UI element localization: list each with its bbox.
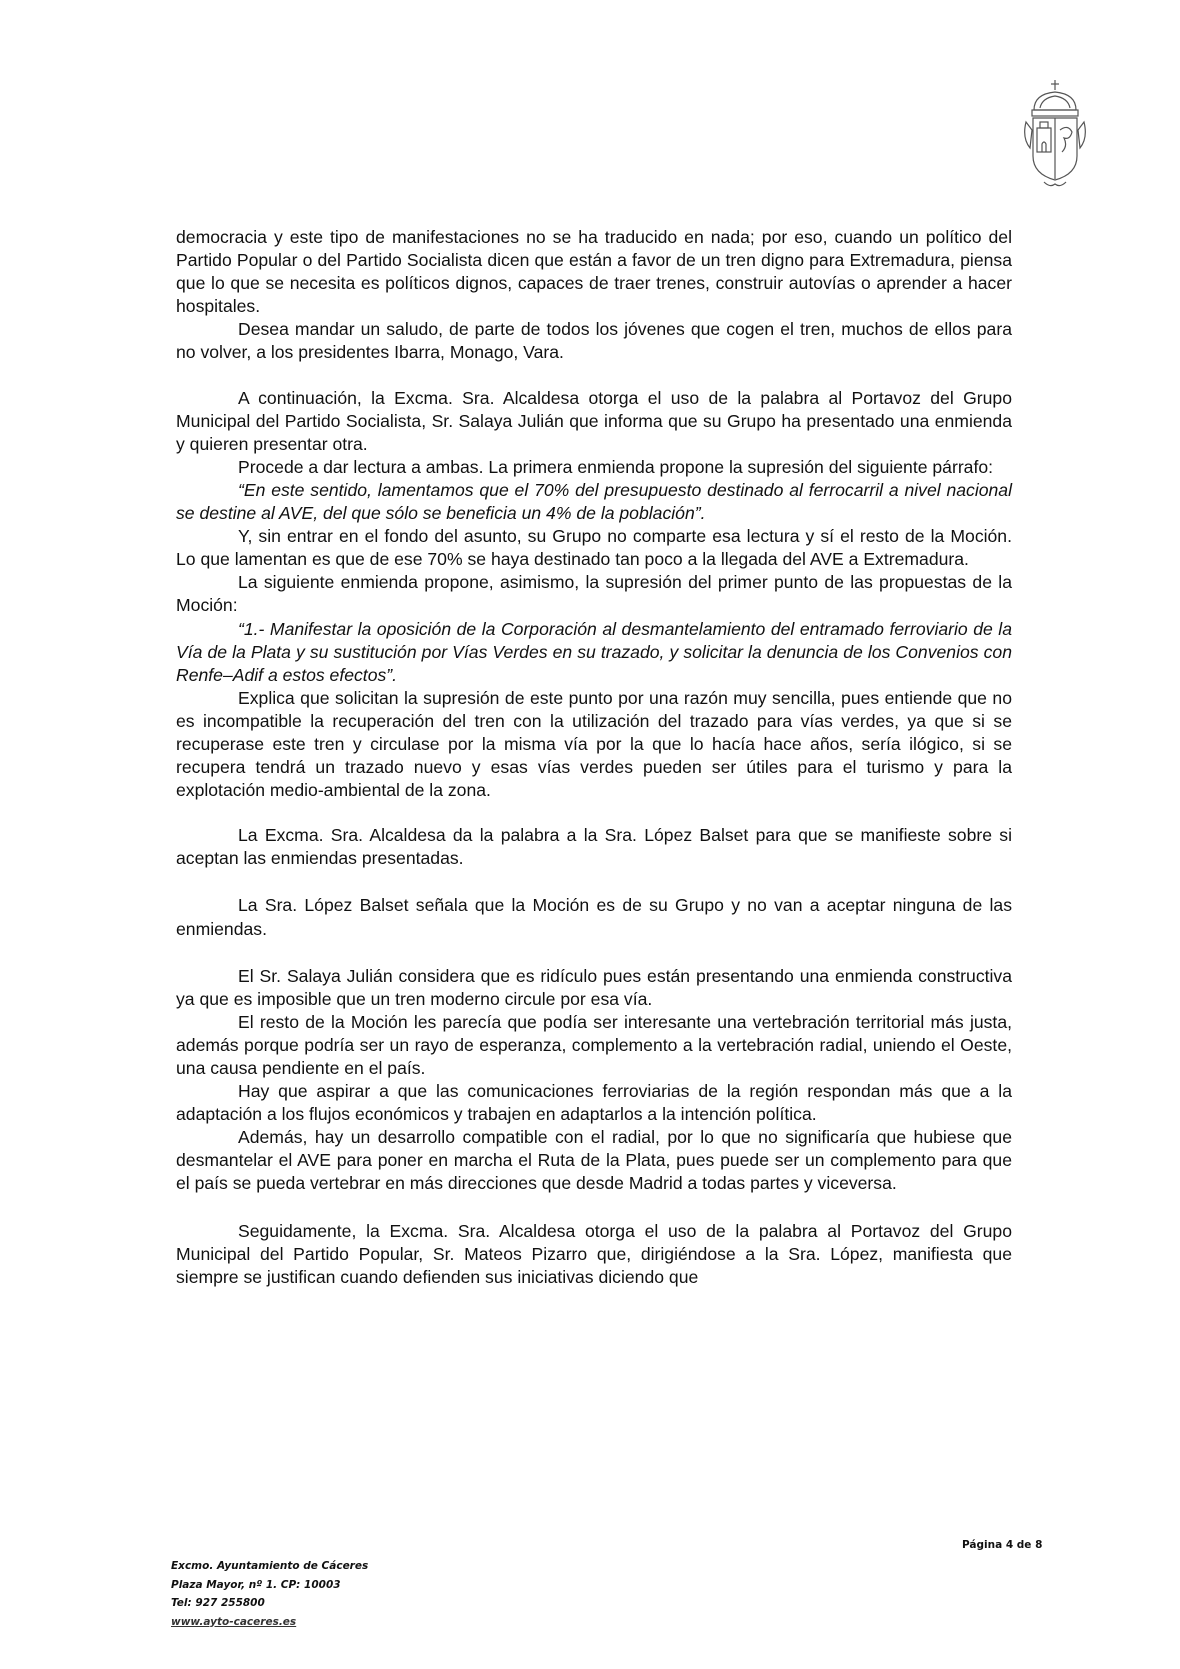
paragraph: democracia y este tipo de manifestacione… [176, 226, 1012, 318]
paragraph: Explica que solicitan la supresión de es… [176, 687, 1012, 802]
document-page: democracia y este tipo de manifestacione… [0, 0, 1180, 1669]
paragraph: A continuación, la Excma. Sra. Alcaldesa… [176, 387, 1012, 456]
footer-org: Excmo. Ayuntamiento de Cáceres [171, 1557, 368, 1576]
paragraph: La siguiente enmienda propone, asimismo,… [176, 571, 1012, 617]
footer-website-link[interactable]: www.ayto-caceres.es [171, 1616, 296, 1628]
paragraph: Hay que aspirar a que las comunicaciones… [176, 1080, 1012, 1126]
paragraph: La Sra. López Balset señala que la Moció… [176, 894, 1012, 940]
quoted-paragraph: “1.- Manifestar la oposición de la Corpo… [176, 618, 1012, 687]
footer-address: Plaza Mayor, nº 1. CP: 10003 [171, 1576, 368, 1595]
footer-address-block: Excmo. Ayuntamiento de Cáceres Plaza May… [171, 1557, 368, 1631]
coat-of-arms-icon [1020, 78, 1090, 190]
footer-phone: Tel: 927 255800 [171, 1594, 368, 1613]
paragraph: Seguidamente, la Excma. Sra. Alcaldesa o… [176, 1220, 1012, 1289]
paragraph: Además, hay un desarrollo compatible con… [176, 1126, 1012, 1195]
quoted-paragraph: “En este sentido, lamentamos que el 70% … [176, 479, 1012, 525]
page-number: Página 4 de 8 [962, 1539, 1042, 1551]
paragraph: La Excma. Sra. Alcaldesa da la palabra a… [176, 824, 1012, 870]
paragraph: Desea mandar un saludo, de parte de todo… [176, 318, 1012, 364]
paragraph: Procede a dar lectura a ambas. La primer… [176, 456, 1012, 479]
paragraph: El resto de la Moción les parecía que po… [176, 1011, 1012, 1080]
paragraph: El Sr. Salaya Julián considera que es ri… [176, 965, 1012, 1011]
paragraph: Y, sin entrar en el fondo del asunto, su… [176, 525, 1012, 571]
minutes-body: democracia y este tipo de manifestacione… [176, 226, 1012, 1289]
